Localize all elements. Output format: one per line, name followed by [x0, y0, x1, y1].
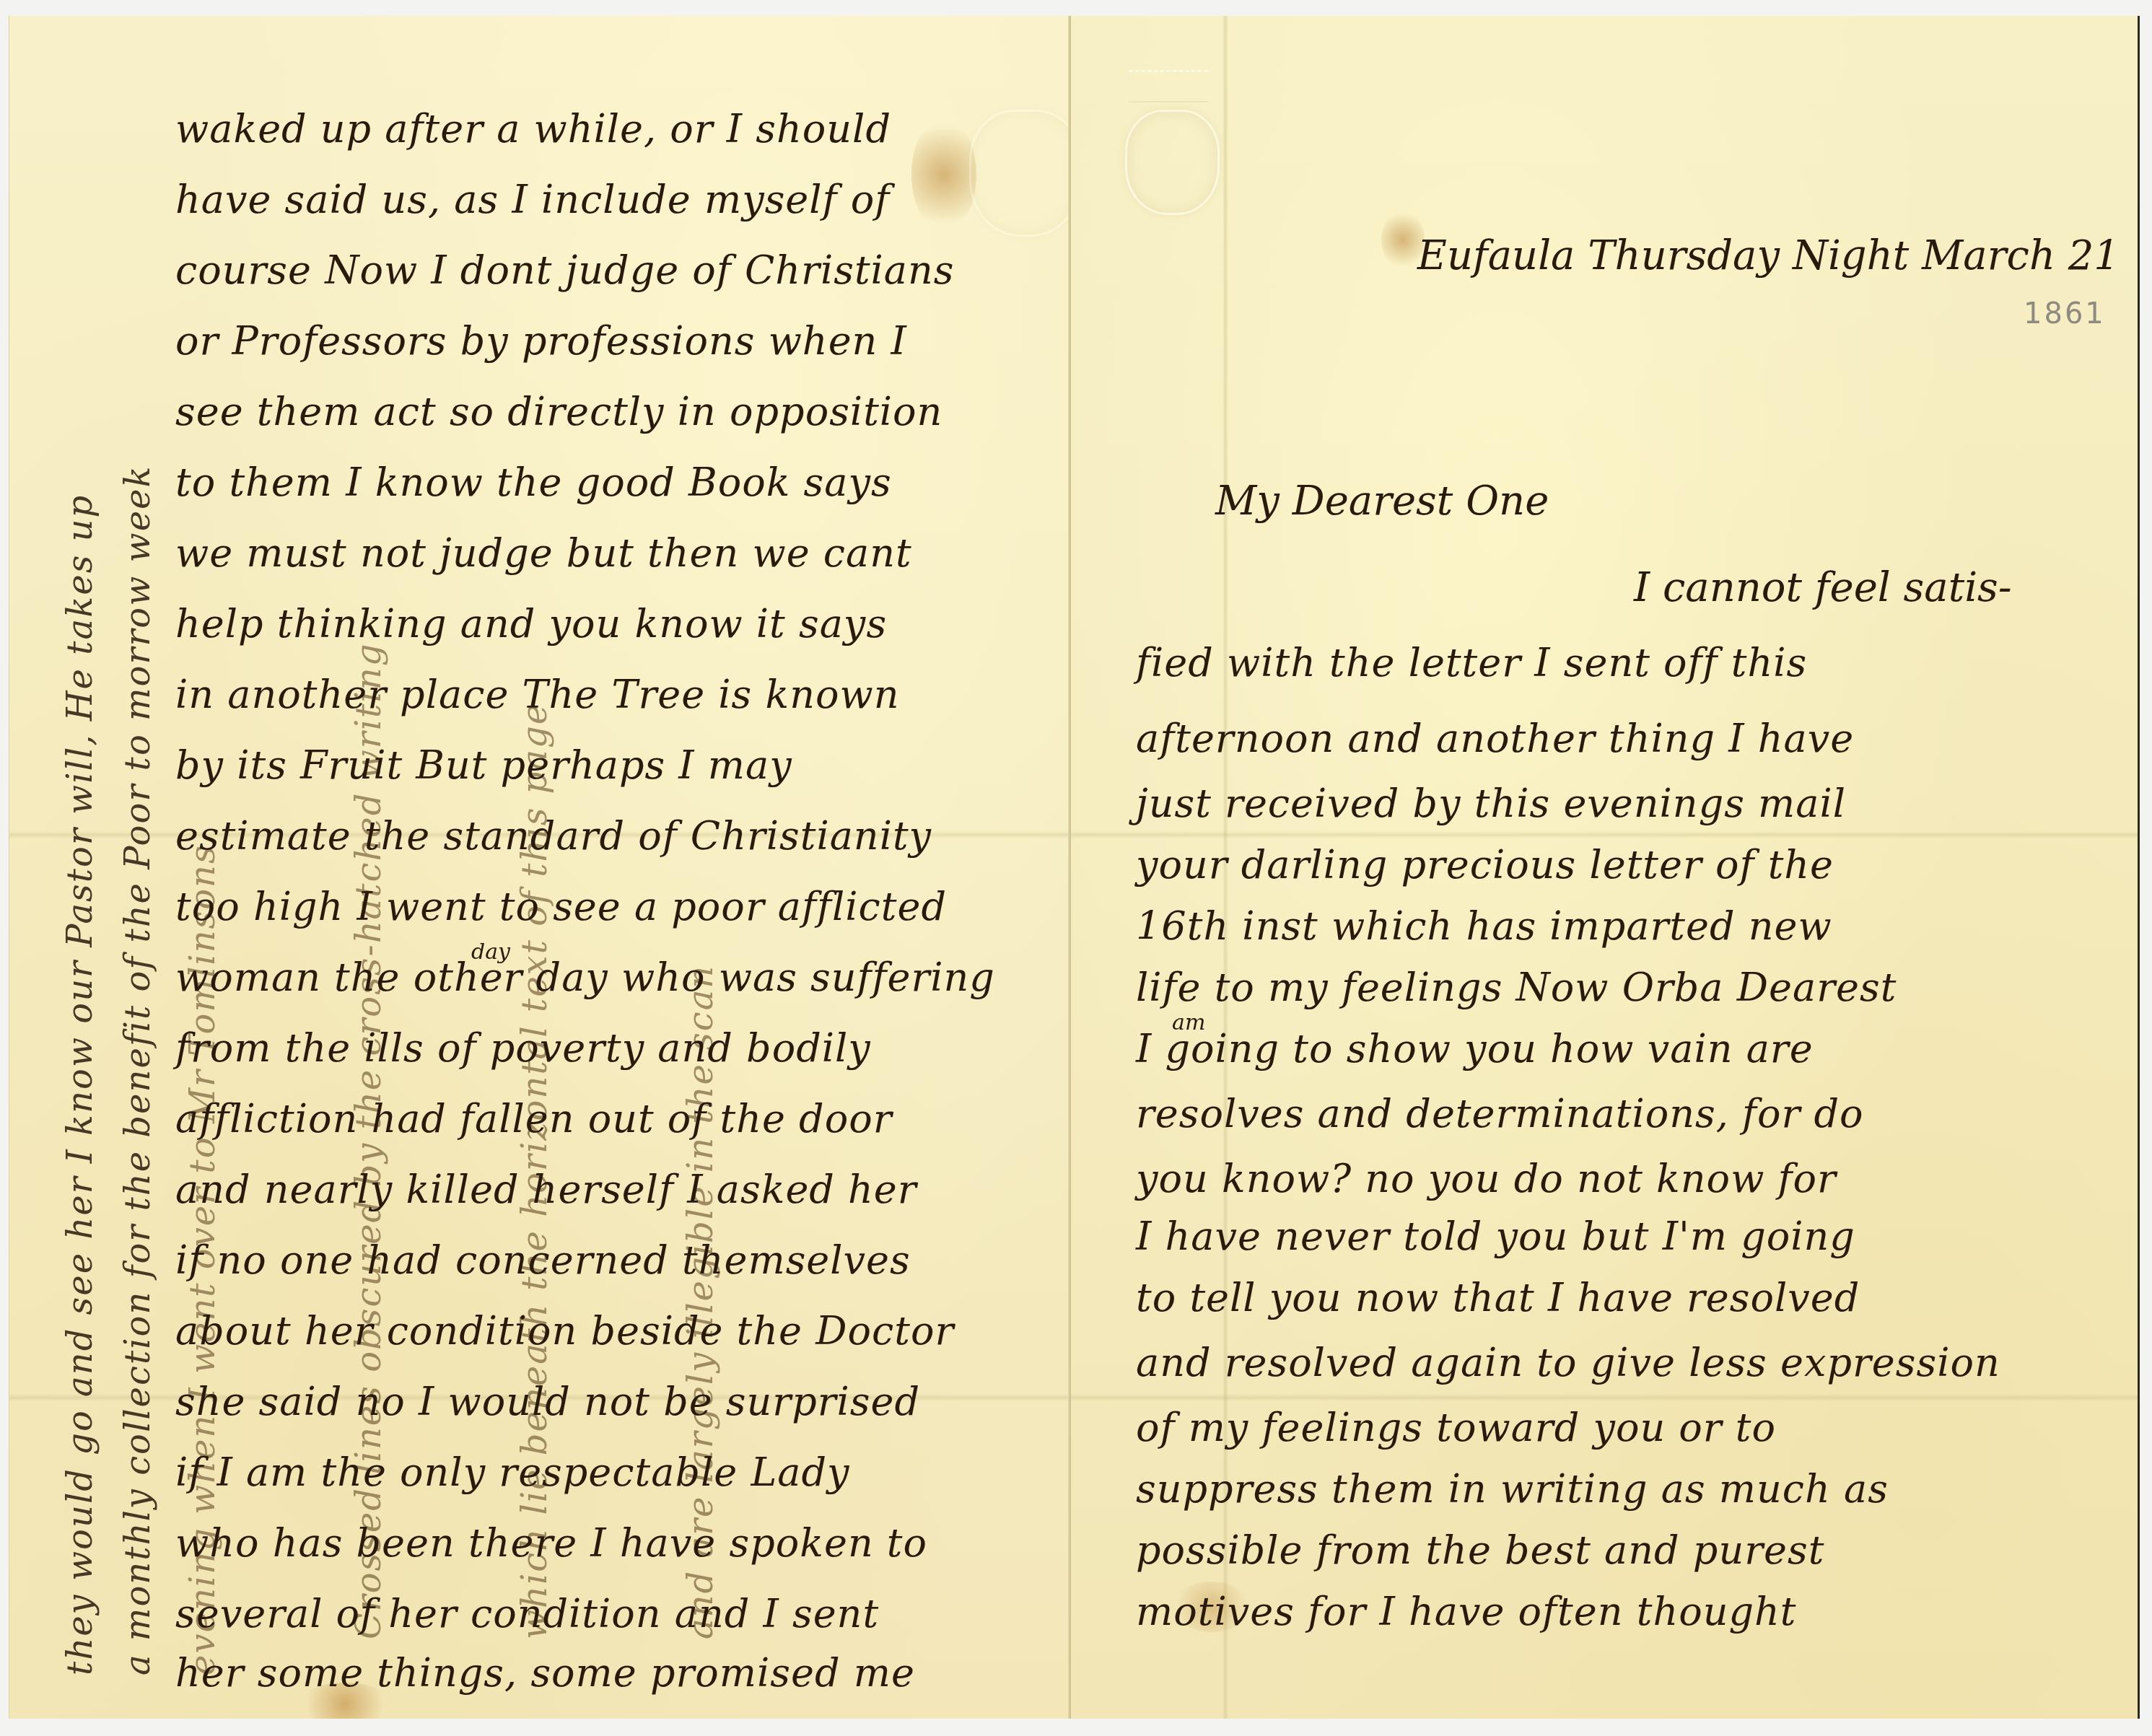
letter-line: possible from the best and purest: [1136, 1531, 1824, 1570]
letter-line: or Professors by professions when I: [175, 322, 907, 361]
letter-line: resolves and determinations, for do: [1136, 1095, 1864, 1134]
letter-line: suppress them in writing as much as: [1136, 1470, 1889, 1509]
letter-line: to tell you now that I have resolved: [1136, 1279, 1860, 1318]
letter-line: motives for I have often thought: [1136, 1592, 1797, 1631]
letter-line: and nearly killed herself I asked her: [175, 1170, 917, 1209]
letter-line: I have never told you but I'm going: [1136, 1217, 1855, 1256]
letter-line: you know? no you do not know for: [1136, 1159, 1837, 1198]
letter-line: your darling precious letter of the: [1136, 846, 1834, 885]
letter-line: by its Fruit But perhaps I may: [175, 746, 792, 785]
letter-line: woman the other day who was suffering: [175, 958, 995, 997]
letter-line: from the ills of poverty and bodily: [175, 1029, 871, 1068]
letter-line: about her condition beside the Doctor: [175, 1312, 954, 1351]
letter-line: who has been there I have spoken to: [175, 1524, 927, 1563]
right-page: Eufaula Thursday Night March 21 1861 My …: [1071, 16, 2140, 1719]
embossed-seal: [1125, 110, 1220, 215]
letter-line: waked up after a while, or I should: [175, 110, 891, 149]
left-page: they would go and see her I know our Pas…: [9, 16, 1070, 1719]
letter-line: in another place The Tree is known: [175, 675, 900, 714]
letter-line: course Now I dont judge of Christians: [175, 251, 955, 290]
letter-line: to them I know the good Book says: [175, 463, 892, 502]
letter-line: just received by this evenings mail: [1136, 784, 1846, 823]
letter-opening-line: I cannot feel satis-: [1634, 564, 2012, 611]
ink-stain: [911, 117, 976, 232]
fold-crease: [1071, 1394, 2138, 1401]
embossed-crown: [1129, 70, 1208, 102]
letter-line: 16th inst which has imparted new: [1136, 907, 1832, 946]
letter-line: help thinking and you know it says: [175, 605, 887, 644]
letter-line: of my feelings toward you or to: [1136, 1408, 1776, 1447]
letter-line: we must not judge but then we cant: [175, 534, 912, 573]
letter-line: she said no I would not be surprised: [175, 1382, 920, 1421]
letter-line: estimate the standard of Christianity: [175, 817, 932, 856]
letter-line: have said us, as I include myself of: [175, 180, 890, 219]
letter-dateline: Eufaula Thursday Night March 21: [1417, 232, 2120, 279]
letter-line: and resolved again to give less expressi…: [1136, 1343, 2000, 1382]
letter-line: if no one had concerned themselves: [175, 1241, 911, 1280]
letter-line: fied with the letter I sent off this: [1136, 644, 1807, 683]
letter-line: several of her condition and I sent: [175, 1595, 879, 1634]
margin-line: they would go and see her I know our Pas…: [60, 494, 100, 1675]
letter-line: I going to show you how vain are: [1136, 1030, 1814, 1069]
letter-line: too high I went to see a poor afflicted: [175, 887, 947, 926]
fold-crease: [1071, 831, 2138, 838]
letter-line: affliction had fallen out of the door: [175, 1100, 893, 1139]
pencil-year-annotation: 1861: [2024, 297, 2106, 330]
letter-line: life to my feelings Now Orba Dearest: [1136, 968, 1897, 1007]
letter-line: if I am the only respectable Lady: [175, 1453, 850, 1492]
letter-line: see them act so directly in opposition: [175, 393, 942, 431]
embossed-seal: [969, 110, 1070, 237]
letter-line: her some things, some promised me: [175, 1654, 915, 1693]
letter-salutation: My Dearest One: [1215, 478, 1549, 525]
margin-line: a monthly collection for the benefit of …: [118, 465, 158, 1675]
letter-line: afternoon and another thing I have: [1136, 719, 1854, 758]
